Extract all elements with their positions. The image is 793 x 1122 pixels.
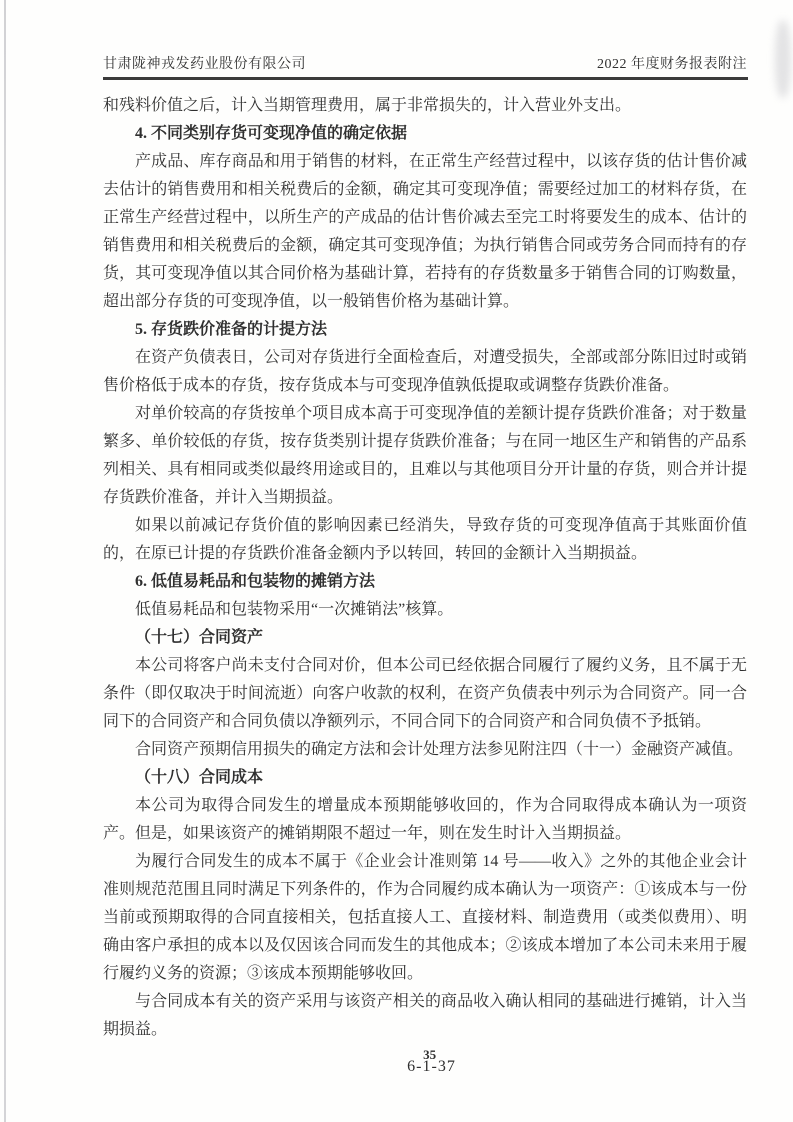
paragraph: 合同资产预期信用损失的确定方法和会计处理方法参见附注四（十一）金融资产减值。 <box>103 736 747 764</box>
document-header: 甘肃陇神戎发药业股份有限公司 2022 年度财务报表附注 <box>103 53 747 73</box>
scan-smudge-artifact <box>775 20 791 98</box>
paragraph: 低值易耗品和包装物采用“一次摊销法”核算。 <box>103 596 747 624</box>
section-heading: 4. 不同类别存货可变现净值的确定依据 <box>103 120 747 148</box>
page-number-group: 35 6-1-37 <box>407 1058 456 1076</box>
scan-edge-artifact <box>4 0 6 1122</box>
paragraph: 对单价较高的存货按单个项目成本高于可变现净值的差额计提存货跌价准备；对于数量繁多… <box>103 400 747 512</box>
company-name: 甘肃陇神戎发药业股份有限公司 <box>103 53 306 73</box>
paragraph: 和残料价值之后，计入当期管理费用，属于非常损失的，计入营业外支出。 <box>103 92 747 120</box>
paragraph: 与合同成本有关的资产采用与该资产相关的商品收入确认相同的基础进行摊销，计入当期损… <box>103 988 747 1044</box>
header-rule <box>103 77 748 80</box>
document-body: 和残料价值之后，计入当期管理费用，属于非常损失的，计入营业外支出。4. 不同类别… <box>103 92 747 1044</box>
paragraph: 本公司将客户尚未支付合同对价，但本公司已经依据合同履行了履约义务，且不属于无条件… <box>103 652 747 736</box>
report-title: 2022 年度财务报表附注 <box>597 53 747 73</box>
paragraph: 为履行合同发生的成本不属于《企业会计准则第 14 号——收入》之外的其他企业会计… <box>103 848 747 988</box>
document-page: 甘肃陇神戎发药业股份有限公司 2022 年度财务报表附注 和残料价值之后，计入当… <box>0 0 793 1122</box>
page-stamp-number: 35 <box>423 1047 436 1063</box>
section-heading: （十七）合同资产 <box>103 624 747 652</box>
section-heading: 6. 低值易耗品和包装物的摊销方法 <box>103 568 747 596</box>
section-heading: （十八）合同成本 <box>103 764 747 792</box>
paragraph: 本公司为取得合同发生的增量成本预期能够收回的，作为合同取得成本确认为一项资产。但… <box>103 792 747 848</box>
document-footer: 35 6-1-37 <box>0 1058 793 1076</box>
section-heading: 5. 存货跌价准备的计提方法 <box>103 316 747 344</box>
paragraph: 产成品、库存商品和用于销售的材料，在正常生产经营过程中，以该存货的估计售价减去估… <box>103 148 747 316</box>
paragraph: 在资产负债表日，公司对存货进行全面检查后，对遭受损失，全部或部分陈旧过时或销售价… <box>103 344 747 400</box>
paragraph: 如果以前减记存货价值的影响因素已经消失，导致存货的可变现净值高于其账面价值的，在… <box>103 512 747 568</box>
